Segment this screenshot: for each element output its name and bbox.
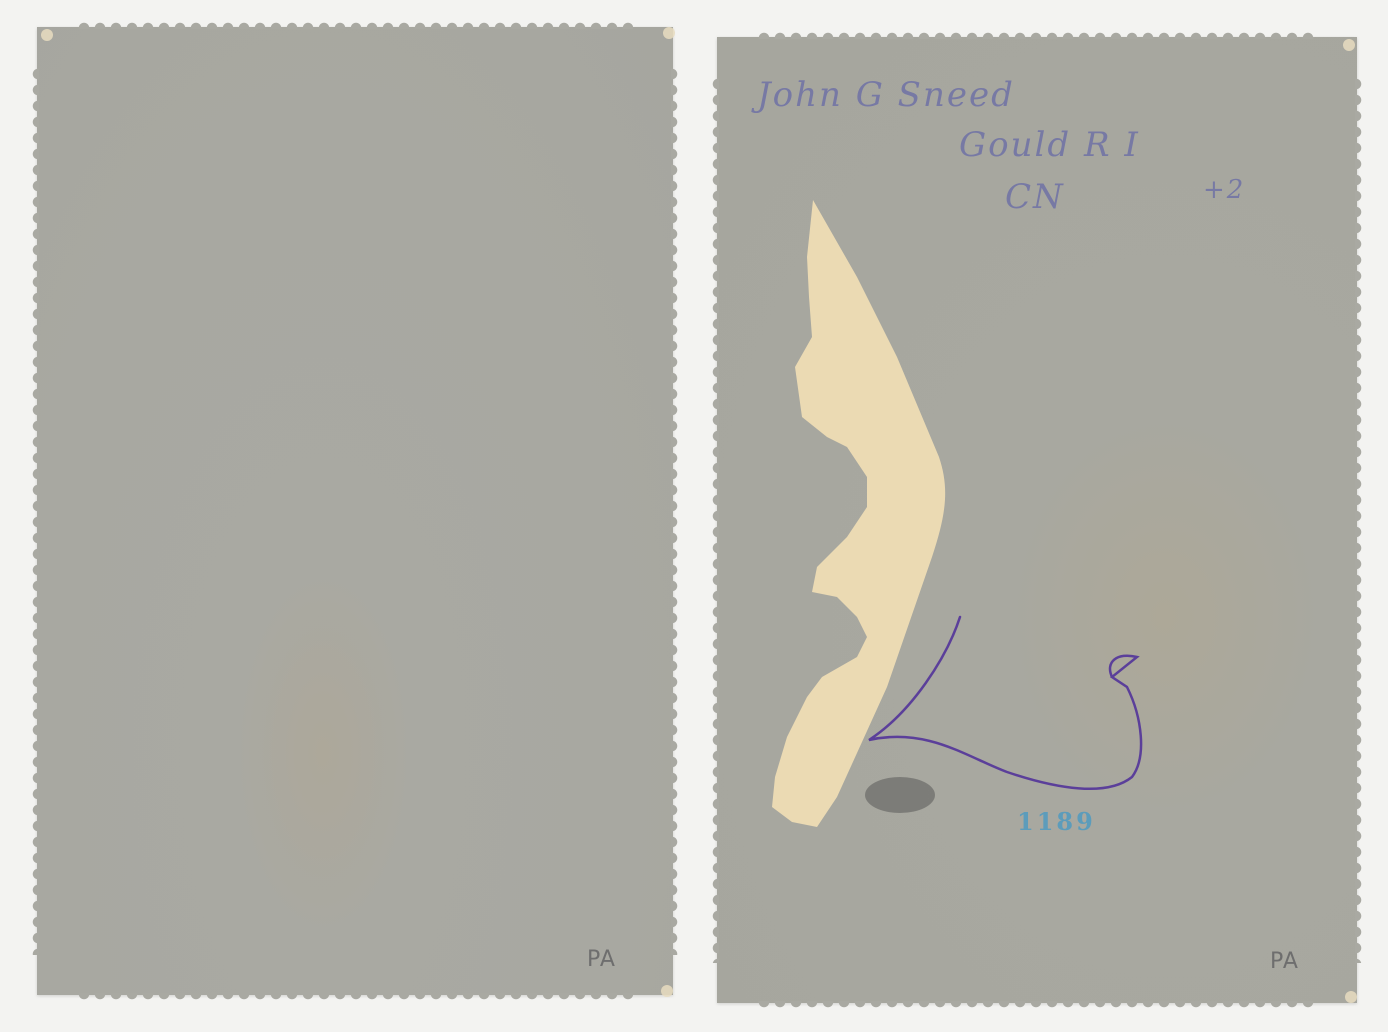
- inscription-name: John G Sneed: [757, 75, 1015, 115]
- scalloped-edge-right: [671, 67, 679, 955]
- paper-loss: [772, 200, 945, 827]
- scalloped-edge-bottom: [77, 993, 633, 1001]
- corner-mark: PA: [587, 947, 616, 972]
- corner-mark: PA: [1270, 949, 1299, 974]
- inscription-location: Gould R I: [959, 125, 1140, 165]
- corner-wear: [41, 29, 53, 41]
- purple-numeral-stroke: [869, 617, 1141, 789]
- smudge: [865, 777, 935, 813]
- photo-card-back-left: PA: [37, 27, 673, 995]
- photo-card-back-right: John G Sneed Gould R I CN +2 1189 PA: [717, 37, 1357, 1003]
- scalloped-edge-top: [77, 21, 633, 29]
- scalloped-edge-left: [31, 67, 39, 955]
- catalog-stamp-number: 1189: [1017, 807, 1096, 836]
- inscription-initials: CN: [1005, 177, 1065, 217]
- corner-wear: [661, 985, 673, 997]
- corner-wear: [663, 27, 675, 39]
- inscription-side-mark: +2: [1203, 175, 1245, 205]
